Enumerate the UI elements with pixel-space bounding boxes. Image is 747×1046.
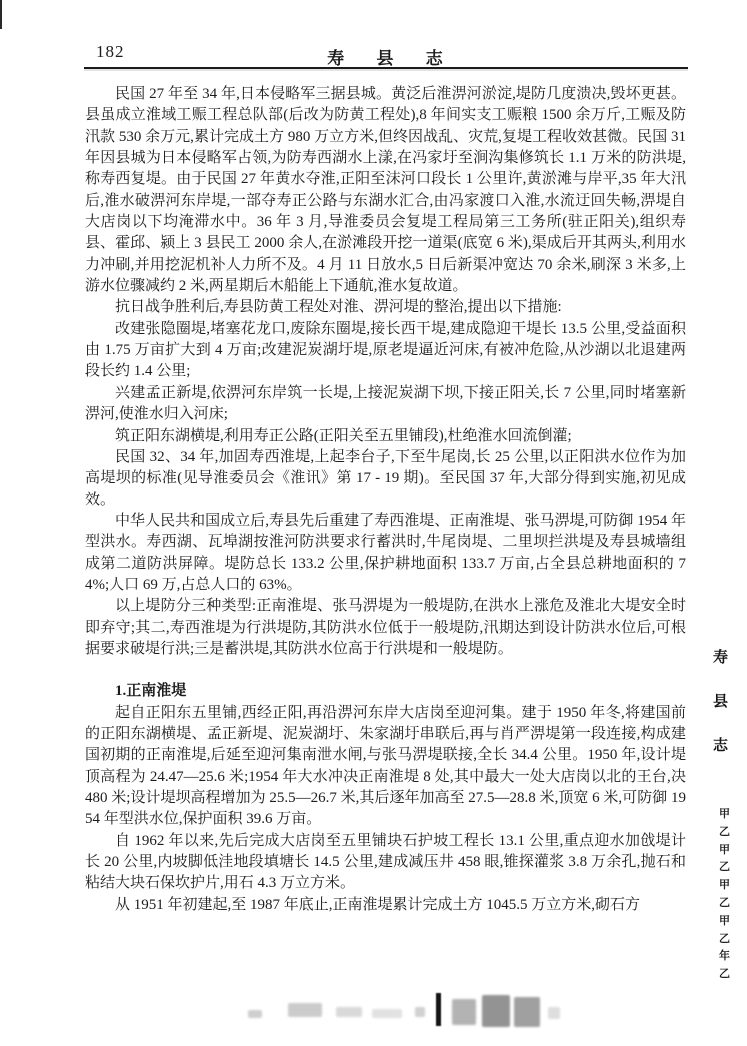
edge-mark-char: 甲 xyxy=(719,841,730,857)
section-heading: 1.正南淮堤 xyxy=(85,681,686,702)
edge-mark-char: 甲 xyxy=(719,876,730,892)
page-body: 民国 27 年至 34 年,日本侵略军三据县城。黄泛后淮淠河淤淀,堤防几度溃决,… xyxy=(85,84,686,916)
scan-edge-artifact xyxy=(0,0,2,29)
smudge xyxy=(288,1003,322,1017)
edge-mark-char: 乙 xyxy=(719,930,730,946)
paragraph: 抗日战争胜利后,寿县防黄工程处对淮、淠河堤的整治,提出以下措施: xyxy=(85,297,686,318)
smudge xyxy=(514,997,540,1027)
smudge xyxy=(372,1009,402,1018)
print-smudge-band xyxy=(0,985,747,1040)
paragraph: 兴建孟正新堤,依淠河东岸筑一长堤,上接泥炭湖下坝,下接正阳关,长 7 公里,同时… xyxy=(85,383,686,426)
margin-edge-marks: 甲 乙 甲 乙 甲 乙 甲 乙 年 乙 xyxy=(719,805,730,981)
smudge xyxy=(248,1010,262,1018)
paragraph: 中华人民共和国成立后,寿县先后重建了寿西淮堤、正南淮堤、张马淠堤,可防御 195… xyxy=(85,511,686,596)
spine-title-vertical: 寿 县 志 xyxy=(713,646,728,755)
smudge xyxy=(482,995,510,1027)
paragraph: 改建张隐圈堤,堵塞花龙口,废除东圈堤,接长西干堤,建成隐迎干堤长 13.5 公里… xyxy=(85,319,686,383)
smudge xyxy=(548,1007,560,1019)
edge-mark-char: 乙 xyxy=(719,965,730,981)
spine-title-char: 寿 xyxy=(713,646,728,667)
scanned-book-page: 182 寿 县 志 民国 27 年至 34 年,日本侵略军三据县城。黄泛后淮淠河… xyxy=(0,0,747,1046)
edge-mark-char: 甲 xyxy=(719,805,730,821)
paragraph: 民国 27 年至 34 年,日本侵略军三据县城。黄泛后淮淠河淤淀,堤防几度溃决,… xyxy=(85,84,686,297)
edge-mark-char: 乙 xyxy=(719,823,730,839)
paragraph: 以上堤防分三种类型:正南淮堤、张马淠堤为一般堤防,在洪水上涨危及淮北大堤安全时即… xyxy=(85,596,686,660)
paragraph: 自 1962 年以来,先后完成大店岗至五里铺块石护坡工程长 13.1 公里,重点… xyxy=(85,831,686,895)
edge-mark-char: 年 xyxy=(719,947,730,963)
edge-mark-char: 甲 xyxy=(719,912,730,928)
smudge xyxy=(452,999,476,1025)
spine-title-char: 县 xyxy=(713,690,728,711)
paragraph: 筑正阳东湖横堤,利用寿正公路(正阳关至五里铺段),杜绝淮水回流倒灌; xyxy=(85,426,686,447)
smudge-bar xyxy=(436,993,441,1026)
spine-title-char: 志 xyxy=(713,734,728,755)
paragraph: 起自正阳东五里铺,西经正阳,再沿淠河东岸大店岗至迎河集。建于 1950 年冬,将… xyxy=(85,703,686,831)
edge-mark-char: 乙 xyxy=(719,858,730,874)
running-header-title: 寿 县 志 xyxy=(85,44,685,69)
paragraph: 从 1951 年初建起,至 1987 年底止,正南淮堤累计完成土方 1045.5… xyxy=(85,895,686,916)
paragraph: 民国 32、34 年,加固寿西淮堤,上起李台子,下至牛尾岗,长 25 公里,以正… xyxy=(85,447,686,511)
edge-mark-char: 乙 xyxy=(719,894,730,910)
smudge xyxy=(415,1007,425,1017)
header-rule xyxy=(84,67,688,69)
smudge xyxy=(336,1007,362,1017)
